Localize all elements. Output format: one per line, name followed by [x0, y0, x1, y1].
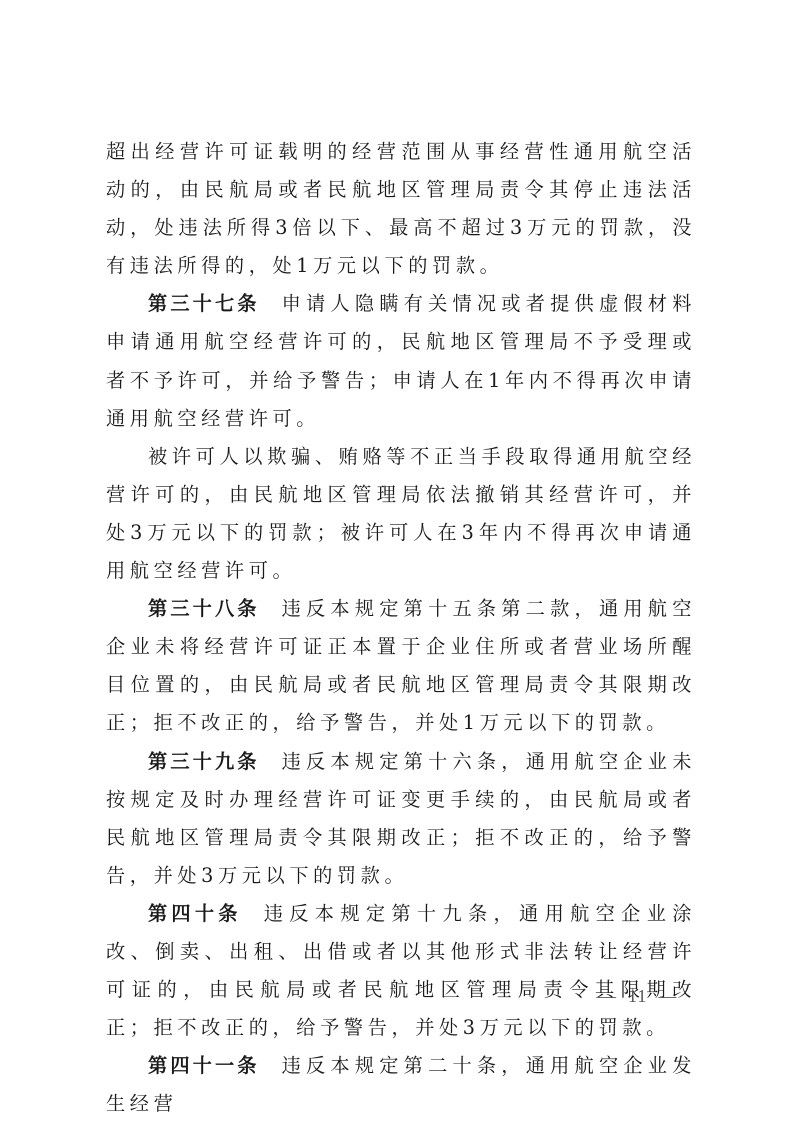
- article-38: 第三十八条违反本规定第十五条第二款，通用航空企业未将经营许可证正本置于企业住所或…: [106, 590, 696, 742]
- article-number: 第四十一条: [148, 1054, 260, 1077]
- paragraph-text: 超出经营许可证载明的经营范围从事经营性通用航空活动的，由民航局或者民航地区管理局…: [106, 140, 696, 277]
- article-37-paragraph-2: 被许可人以欺骗、贿赂等不正当手段取得通用航空经营许可的，由民航地区管理局依法撤销…: [106, 438, 696, 590]
- article-number: 第三十九条: [148, 750, 260, 773]
- article-number: 第三十八条: [148, 597, 260, 620]
- document-page: 超出经营许可证载明的经营范围从事经营性通用航空活动的，由民航局或者民航地区管理局…: [106, 133, 696, 1123]
- article-37: 第三十七条申请人隐瞒有关情况或者提供虚假材料申请通用航空经营许可的，民航地区管理…: [106, 285, 696, 437]
- article-number: 第三十七条: [148, 292, 260, 315]
- article-39: 第三十九条违反本规定第十六条，通用航空企业未按规定及时办理经营许可证变更手续的，…: [106, 743, 696, 895]
- article-41: 第四十一条违反本规定第二十条，通用航空企业发生经营: [106, 1047, 696, 1123]
- page-number: — 11 —: [598, 986, 677, 1007]
- article-40: 第四十条违反本规定第十九条，通用航空企业涂改、倒卖、出租、出借或者以其他形式非法…: [106, 895, 696, 1047]
- paragraph-text: 被许可人以欺骗、贿赂等不正当手段取得通用航空经营许可的，由民航地区管理局依法撤销…: [106, 445, 696, 582]
- article-number: 第四十条: [148, 902, 242, 925]
- paragraph-continuation: 超出经营许可证载明的经营范围从事经营性通用航空活动的，由民航局或者民航地区管理局…: [106, 133, 696, 285]
